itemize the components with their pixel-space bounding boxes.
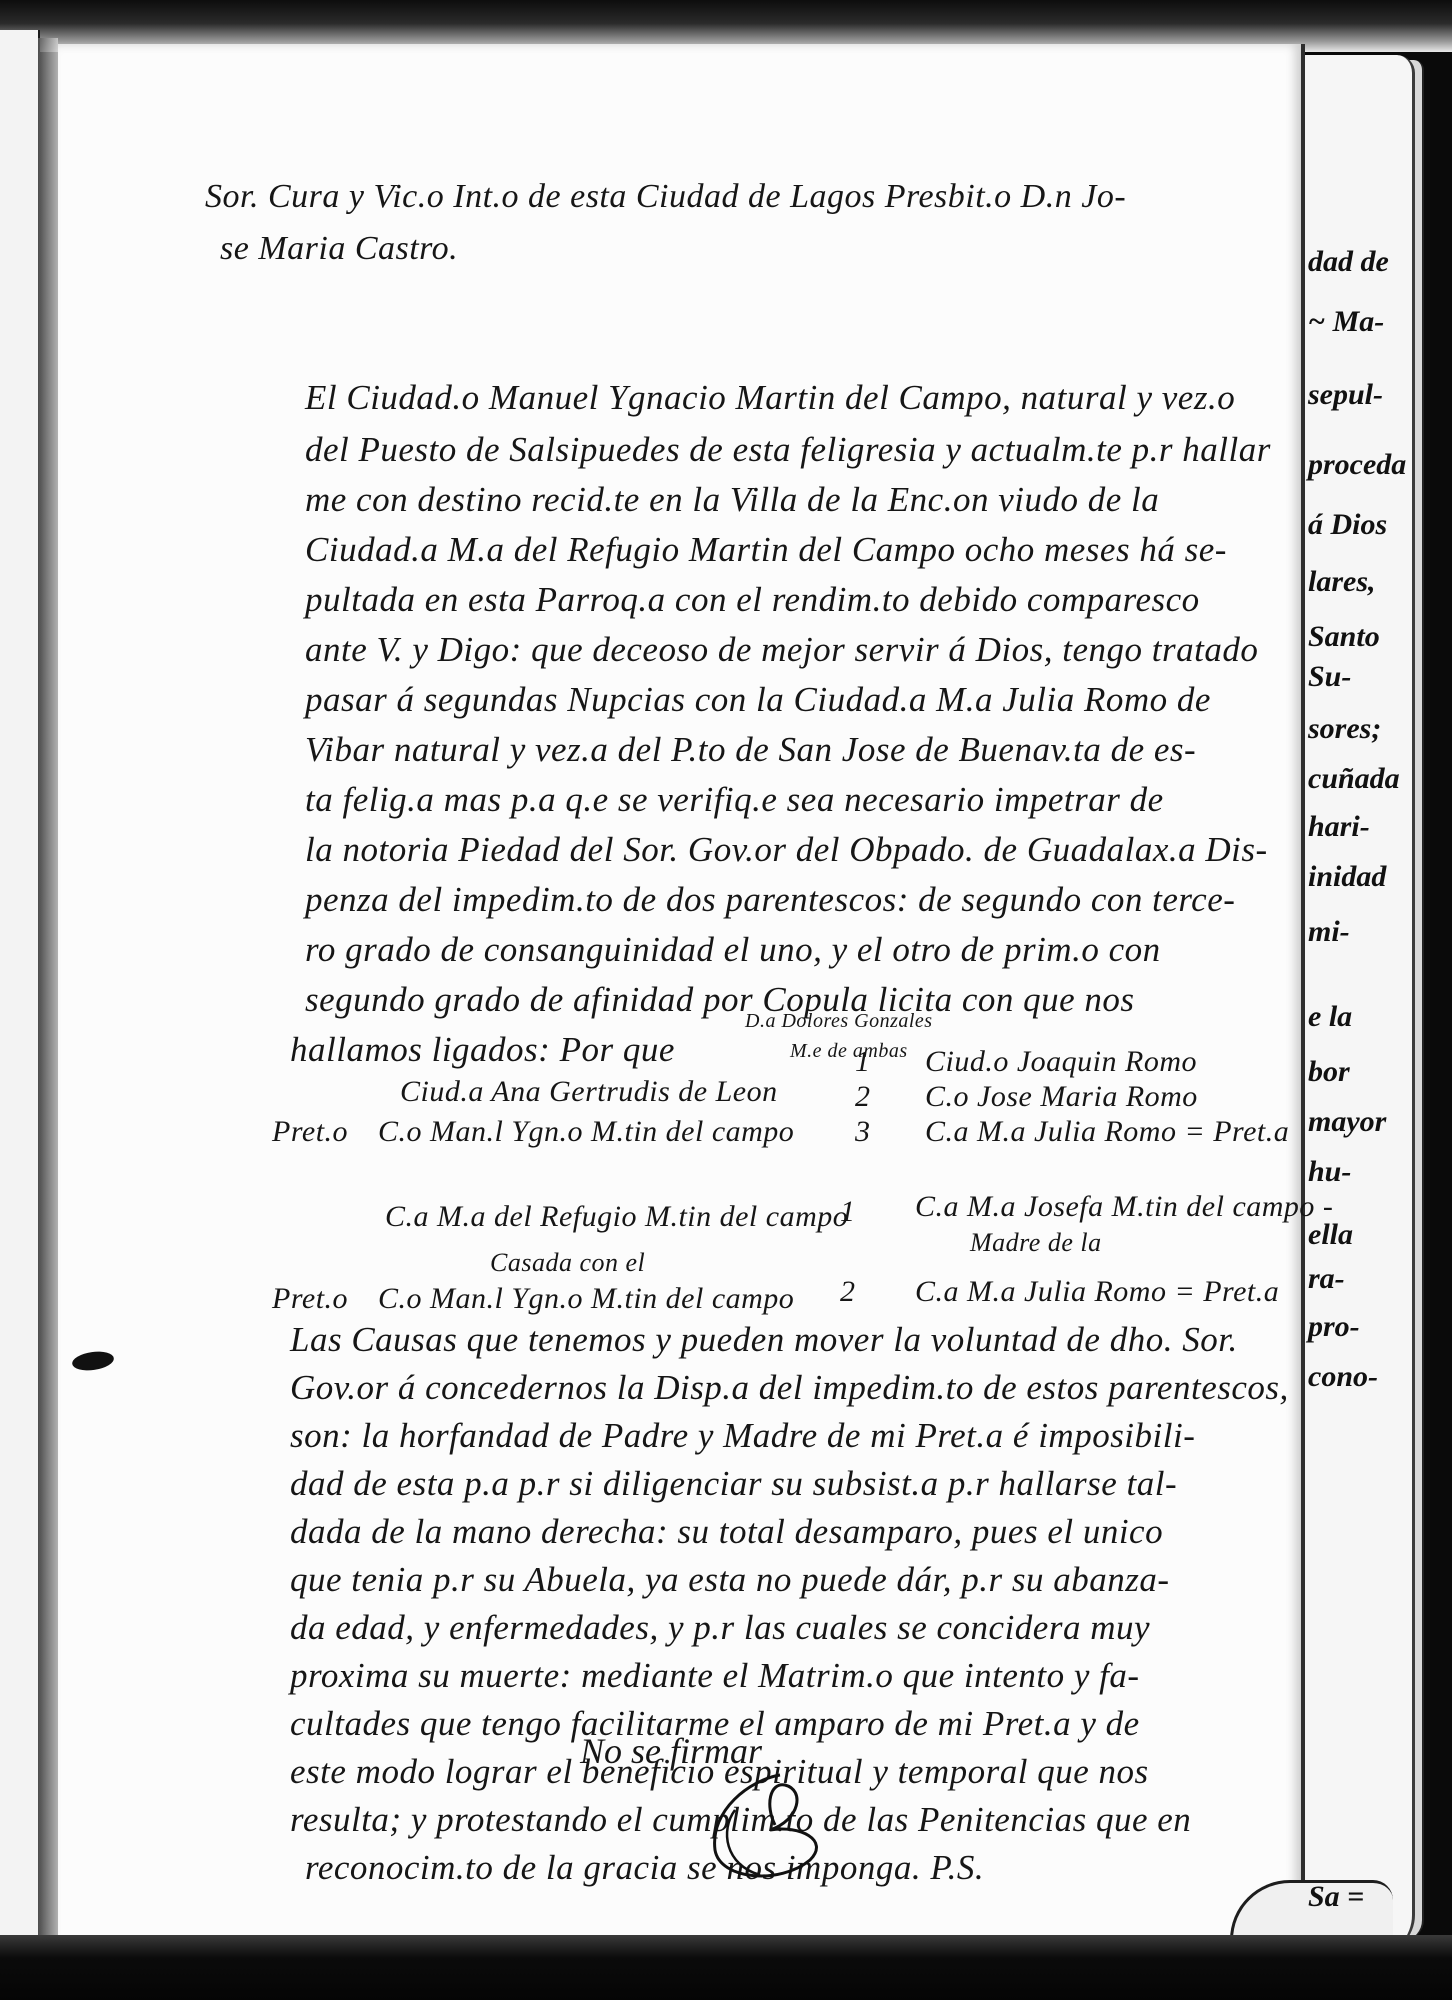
signature-block: No se firmar xyxy=(580,1730,762,1772)
petition-line: ante V. y Digo: que deceoso de mejor ser… xyxy=(305,630,1258,670)
genealogy-num: 2 xyxy=(855,1080,871,1114)
genealogy-entry: C.a M.a Josefa M.tin del campo - xyxy=(915,1190,1333,1224)
genealogy-pretendiente: C.o Man.l Ygn.o M.tin del campo xyxy=(378,1115,794,1149)
petition-line: penza del impedim.to de dos parentescos:… xyxy=(305,880,1235,920)
margin-fragment: bor xyxy=(1308,1055,1350,1089)
petition-line: pasar á segundas Nupcias con la Ciudad.a… xyxy=(305,680,1211,720)
margin-fragment: dad de xyxy=(1308,245,1389,279)
genealogy-num: 1 xyxy=(840,1195,856,1229)
petition-line: hallamos ligados: Por que xyxy=(290,1030,675,1070)
genealogy-entry: Madre de la xyxy=(970,1228,1102,1258)
petition-line: la notoria Piedad del Sor. Gov.or del Ob… xyxy=(305,830,1268,870)
genealogy-num: 1 xyxy=(855,1045,871,1079)
address-line-2: se Maria Castro. xyxy=(220,230,458,268)
petition-line: ro grado de consanguinidad el uno, y el … xyxy=(305,930,1161,970)
causes-line: dad de esta p.a p.r si diligenciar su su… xyxy=(290,1464,1177,1504)
petition-line: Vibar natural y vez.a del P.to de San Jo… xyxy=(305,730,1196,770)
margin-fragment: sores; xyxy=(1308,712,1381,746)
margin-fragment: Sa = xyxy=(1308,1880,1364,1914)
causes-line: da edad, y enfermedades, y p.r las cuale… xyxy=(290,1608,1150,1648)
margin-fragment: ra- xyxy=(1308,1262,1345,1296)
margin-fragment: ella xyxy=(1308,1218,1353,1252)
causes-line: Gov.or á concedernos la Disp.a del imped… xyxy=(290,1368,1289,1408)
genealogy-entry: C.o Jose Maria Romo xyxy=(925,1080,1198,1114)
petition-line: ta felig.a mas p.a q.e se verifiq.e sea … xyxy=(305,780,1164,820)
margin-fragment: cono- xyxy=(1308,1360,1378,1394)
genealogy-pretendiente-label: Pret.o xyxy=(272,1282,348,1316)
margin-fragment: hu- xyxy=(1308,1155,1351,1189)
petition-line: pultada en esta Parroq.a con el rendim.t… xyxy=(305,580,1200,620)
margin-fragment: ~ Ma- xyxy=(1308,305,1384,339)
margin-fragment: sepul- xyxy=(1308,378,1383,412)
genealogy-pretendiente-label: Pret.o xyxy=(272,1115,348,1149)
binding-gutter xyxy=(38,38,58,1938)
genealogy-num: 2 xyxy=(840,1275,856,1309)
rubric-flourish-icon xyxy=(690,1770,830,1890)
margin-fragment: inidad xyxy=(1308,860,1386,894)
petition-line: segundo grado de afinidad por Copula lic… xyxy=(305,980,1135,1020)
causes-line: Las Causas que tenemos y pueden mover la… xyxy=(290,1320,1238,1360)
margin-fragment: lares, xyxy=(1308,565,1376,599)
petition-line: me con destino recid.te en la Villa de l… xyxy=(305,480,1159,520)
causes-line: dada de la mano derecha: su total desamp… xyxy=(290,1512,1163,1552)
margin-fragment: e la xyxy=(1308,1000,1352,1034)
address-line-1: Sor. Cura y Vic.o Int.o de esta Ciudad d… xyxy=(205,178,1126,216)
causes-line: proxima su muerte: mediante el Matrim.o … xyxy=(290,1656,1140,1696)
genealogy-note: Casada con el xyxy=(490,1248,645,1278)
margin-fragment: proceda xyxy=(1308,448,1406,482)
margin-fragment: pro- xyxy=(1308,1310,1360,1344)
causes-line: que tenia p.r su Abuela, ya esta no pued… xyxy=(290,1560,1170,1600)
genealogy-ancestor: C.a M.a del Refugio M.tin del campo xyxy=(385,1200,848,1234)
petition-line: del Puesto de Salsipuedes de esta feligr… xyxy=(305,430,1271,470)
margin-fragment: Su- xyxy=(1308,660,1351,694)
genealogy-note: M.e de ambas xyxy=(790,1040,908,1063)
genealogy-num: 3 xyxy=(855,1115,871,1149)
petition-line: El Ciudad.o Manuel Ygnacio Martin del Ca… xyxy=(305,378,1235,418)
margin-fragment: hari- xyxy=(1308,810,1370,844)
margin-fragment: Santo xyxy=(1308,620,1380,654)
margin-fragment: mayor xyxy=(1308,1105,1386,1139)
genealogy-entry: Ciud.o Joaquin Romo xyxy=(925,1045,1197,1079)
margin-fragment: cuñada xyxy=(1308,762,1400,796)
signature-text: No se firmar xyxy=(580,1730,762,1772)
genealogy-ancestor: Ciud.a Ana Gertrudis de Leon xyxy=(400,1075,778,1109)
causes-line: son: la horfandad de Padre y Madre de mi… xyxy=(290,1416,1195,1456)
causes-line: reconocim.to de la gracia se nos imponga… xyxy=(305,1848,984,1888)
genealogy-note: D.a Dolores Gonzales xyxy=(745,1010,933,1033)
margin-fragment: á Dios xyxy=(1308,508,1387,542)
genealogy-entry: C.a M.a Julia Romo = Pret.a xyxy=(915,1275,1279,1309)
genealogy-pretendiente: C.o Man.l Ygn.o M.tin del campo xyxy=(378,1282,794,1316)
scan-bottom-edge xyxy=(0,1935,1452,2000)
genealogy-entry: C.a M.a Julia Romo = Pret.a xyxy=(925,1115,1289,1149)
petition-line: Ciudad.a M.a del Refugio Martin del Camp… xyxy=(305,530,1227,570)
adjacent-left-page xyxy=(0,30,40,1970)
margin-fragment: mi- xyxy=(1308,915,1350,949)
